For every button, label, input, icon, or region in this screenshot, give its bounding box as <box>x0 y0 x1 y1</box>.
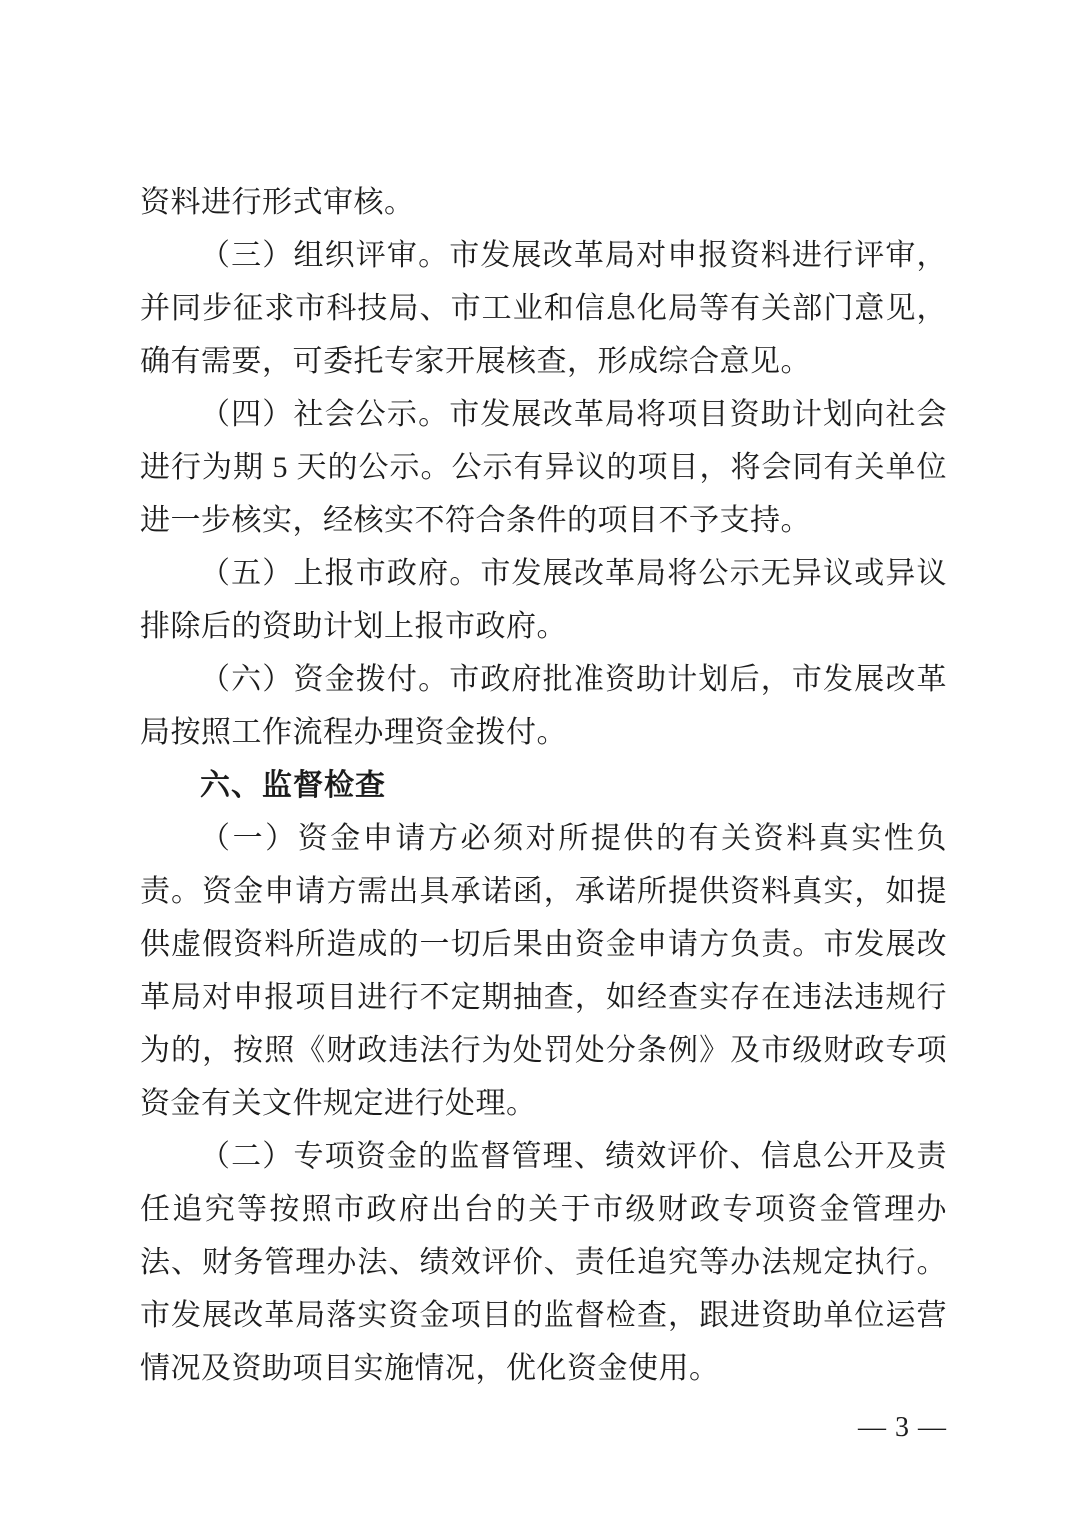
paragraph-item-6: （六）资金拨付。市政府批准资助计划后，市发展改革局按照工作流程办理资金拨付。 <box>140 653 947 759</box>
continuation-paragraph: 资料进行形式审核。 <box>140 176 947 229</box>
page-number: — 3 — <box>858 1408 947 1448</box>
paragraph-item-5: （五）上报市政府。市发展改革局将公示无异议或异议排除后的资助计划上报市政府。 <box>140 547 947 653</box>
paragraph-item-2: （二）专项资金的监督管理、绩效评价、信息公开及责任追究等按照市政府出台的关于市级… <box>140 1130 947 1395</box>
page-number-label: — 3 — <box>858 1412 947 1443</box>
document-body: 资料进行形式审核。 （三）组织评审。市发展改革局对申报资料进行评审，并同步征求市… <box>140 176 947 1395</box>
paragraph-item-4: （四）社会公示。市发展改革局将项目资助计划向社会进行为期 5 天的公示。公示有异… <box>140 388 947 547</box>
section-heading-supervision: 六、监督检查 <box>140 759 947 812</box>
paragraph-item-3: （三）组织评审。市发展改革局对申报资料进行评审，并同步征求市科技局、市工业和信息… <box>140 229 947 388</box>
paragraph-item-1: （一）资金申请方必须对所提供的有关资料真实性负责。资金申请方需出具承诺函，承诺所… <box>140 812 947 1130</box>
document-page: 资料进行形式审核。 （三）组织评审。市发展改革局对申报资料进行评审，并同步征求市… <box>0 0 1080 1528</box>
